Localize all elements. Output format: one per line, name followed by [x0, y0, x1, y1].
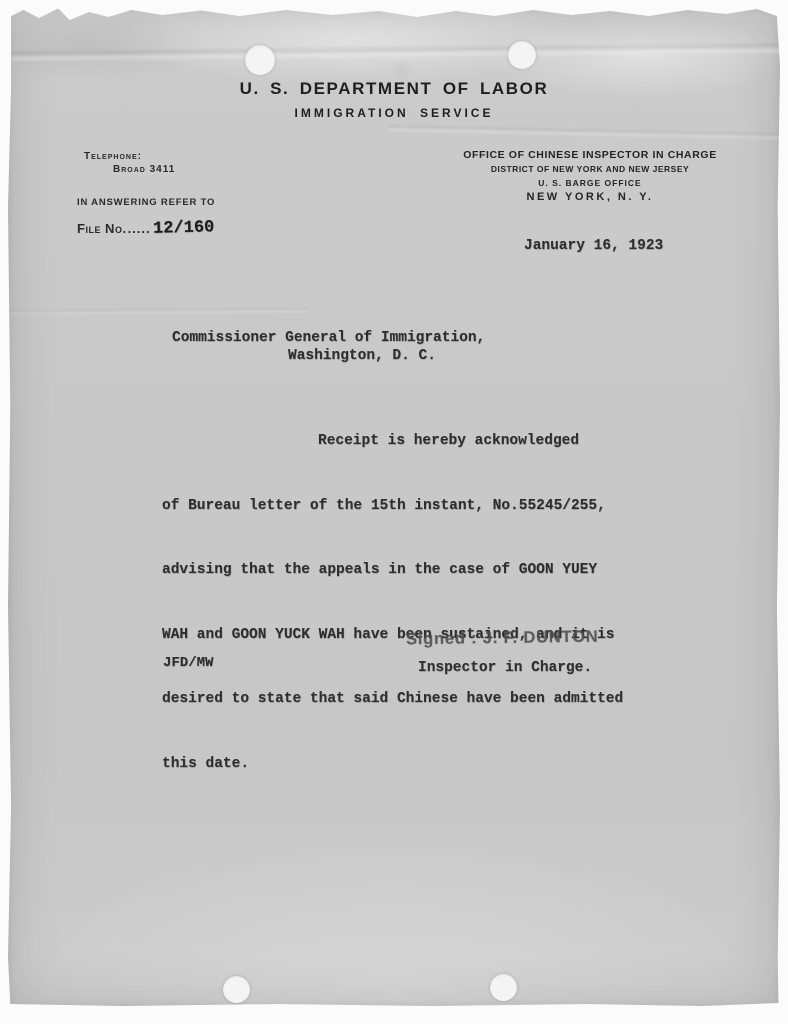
typist-initials: JFD/MW [163, 655, 213, 671]
addressee-name: Commissioner General of Immigration, [172, 330, 485, 346]
paper-crease [8, 306, 308, 316]
addressee-city: Washington, D. C. [288, 348, 436, 364]
punch-hole-bottom-right [490, 974, 517, 1001]
file-number-label: File No. [77, 221, 127, 236]
office-address-block: OFFICE OF CHINESE INSPECTOR IN CHARGE DI… [452, 149, 728, 203]
office-name: OFFICE OF CHINESE INSPECTOR IN CHARGE [452, 149, 728, 161]
scanned-letter-page: { "letterhead": { "department": "U. S. D… [0, 0, 788, 1024]
letter-body: Receipt is hereby acknowledged of Bureau… [162, 393, 652, 797]
office-building: U. S. BARGE OFFICE [452, 178, 728, 188]
file-number-value: 12/160 [152, 218, 214, 239]
refer-label: IN ANSWERING REFER TO [77, 197, 215, 208]
body-line: of Bureau letter of the 15th instant, No… [162, 490, 652, 523]
paper-crease [388, 123, 780, 141]
office-district: DISTRICT OF NEW YORK AND NEW JERSEY [452, 164, 728, 174]
file-number-leader: ..... [128, 221, 151, 236]
letterhead-department: U. S. DEPARTMENT OF LABOR [0, 79, 788, 99]
signature-stamp: Signed : J. F. DUNTON [406, 628, 599, 650]
paper-crease [8, 41, 780, 63]
punch-hole-top-right [508, 41, 536, 69]
punch-hole-top-left [245, 45, 275, 75]
telephone-number: Broad 3411 [113, 164, 175, 175]
body-line: Receipt is hereby acknowledged [162, 425, 652, 458]
telephone-label: Telephone: [84, 151, 142, 162]
body-line: desired to state that said Chinese have … [162, 683, 652, 716]
letter-date: January 16, 1923 [524, 238, 663, 254]
file-number-row: File No. ..... 12/160 [77, 217, 214, 236]
punch-hole-bottom-left [223, 976, 250, 1003]
office-city: NEW YORK, N. Y. [452, 191, 728, 203]
body-line: this date. [162, 748, 652, 781]
body-line: advising that the appeals in the case of… [162, 554, 652, 587]
letterhead-service: IMMIGRATION SERVICE [0, 106, 788, 120]
signer-title: Inspector in Charge. [418, 660, 592, 676]
